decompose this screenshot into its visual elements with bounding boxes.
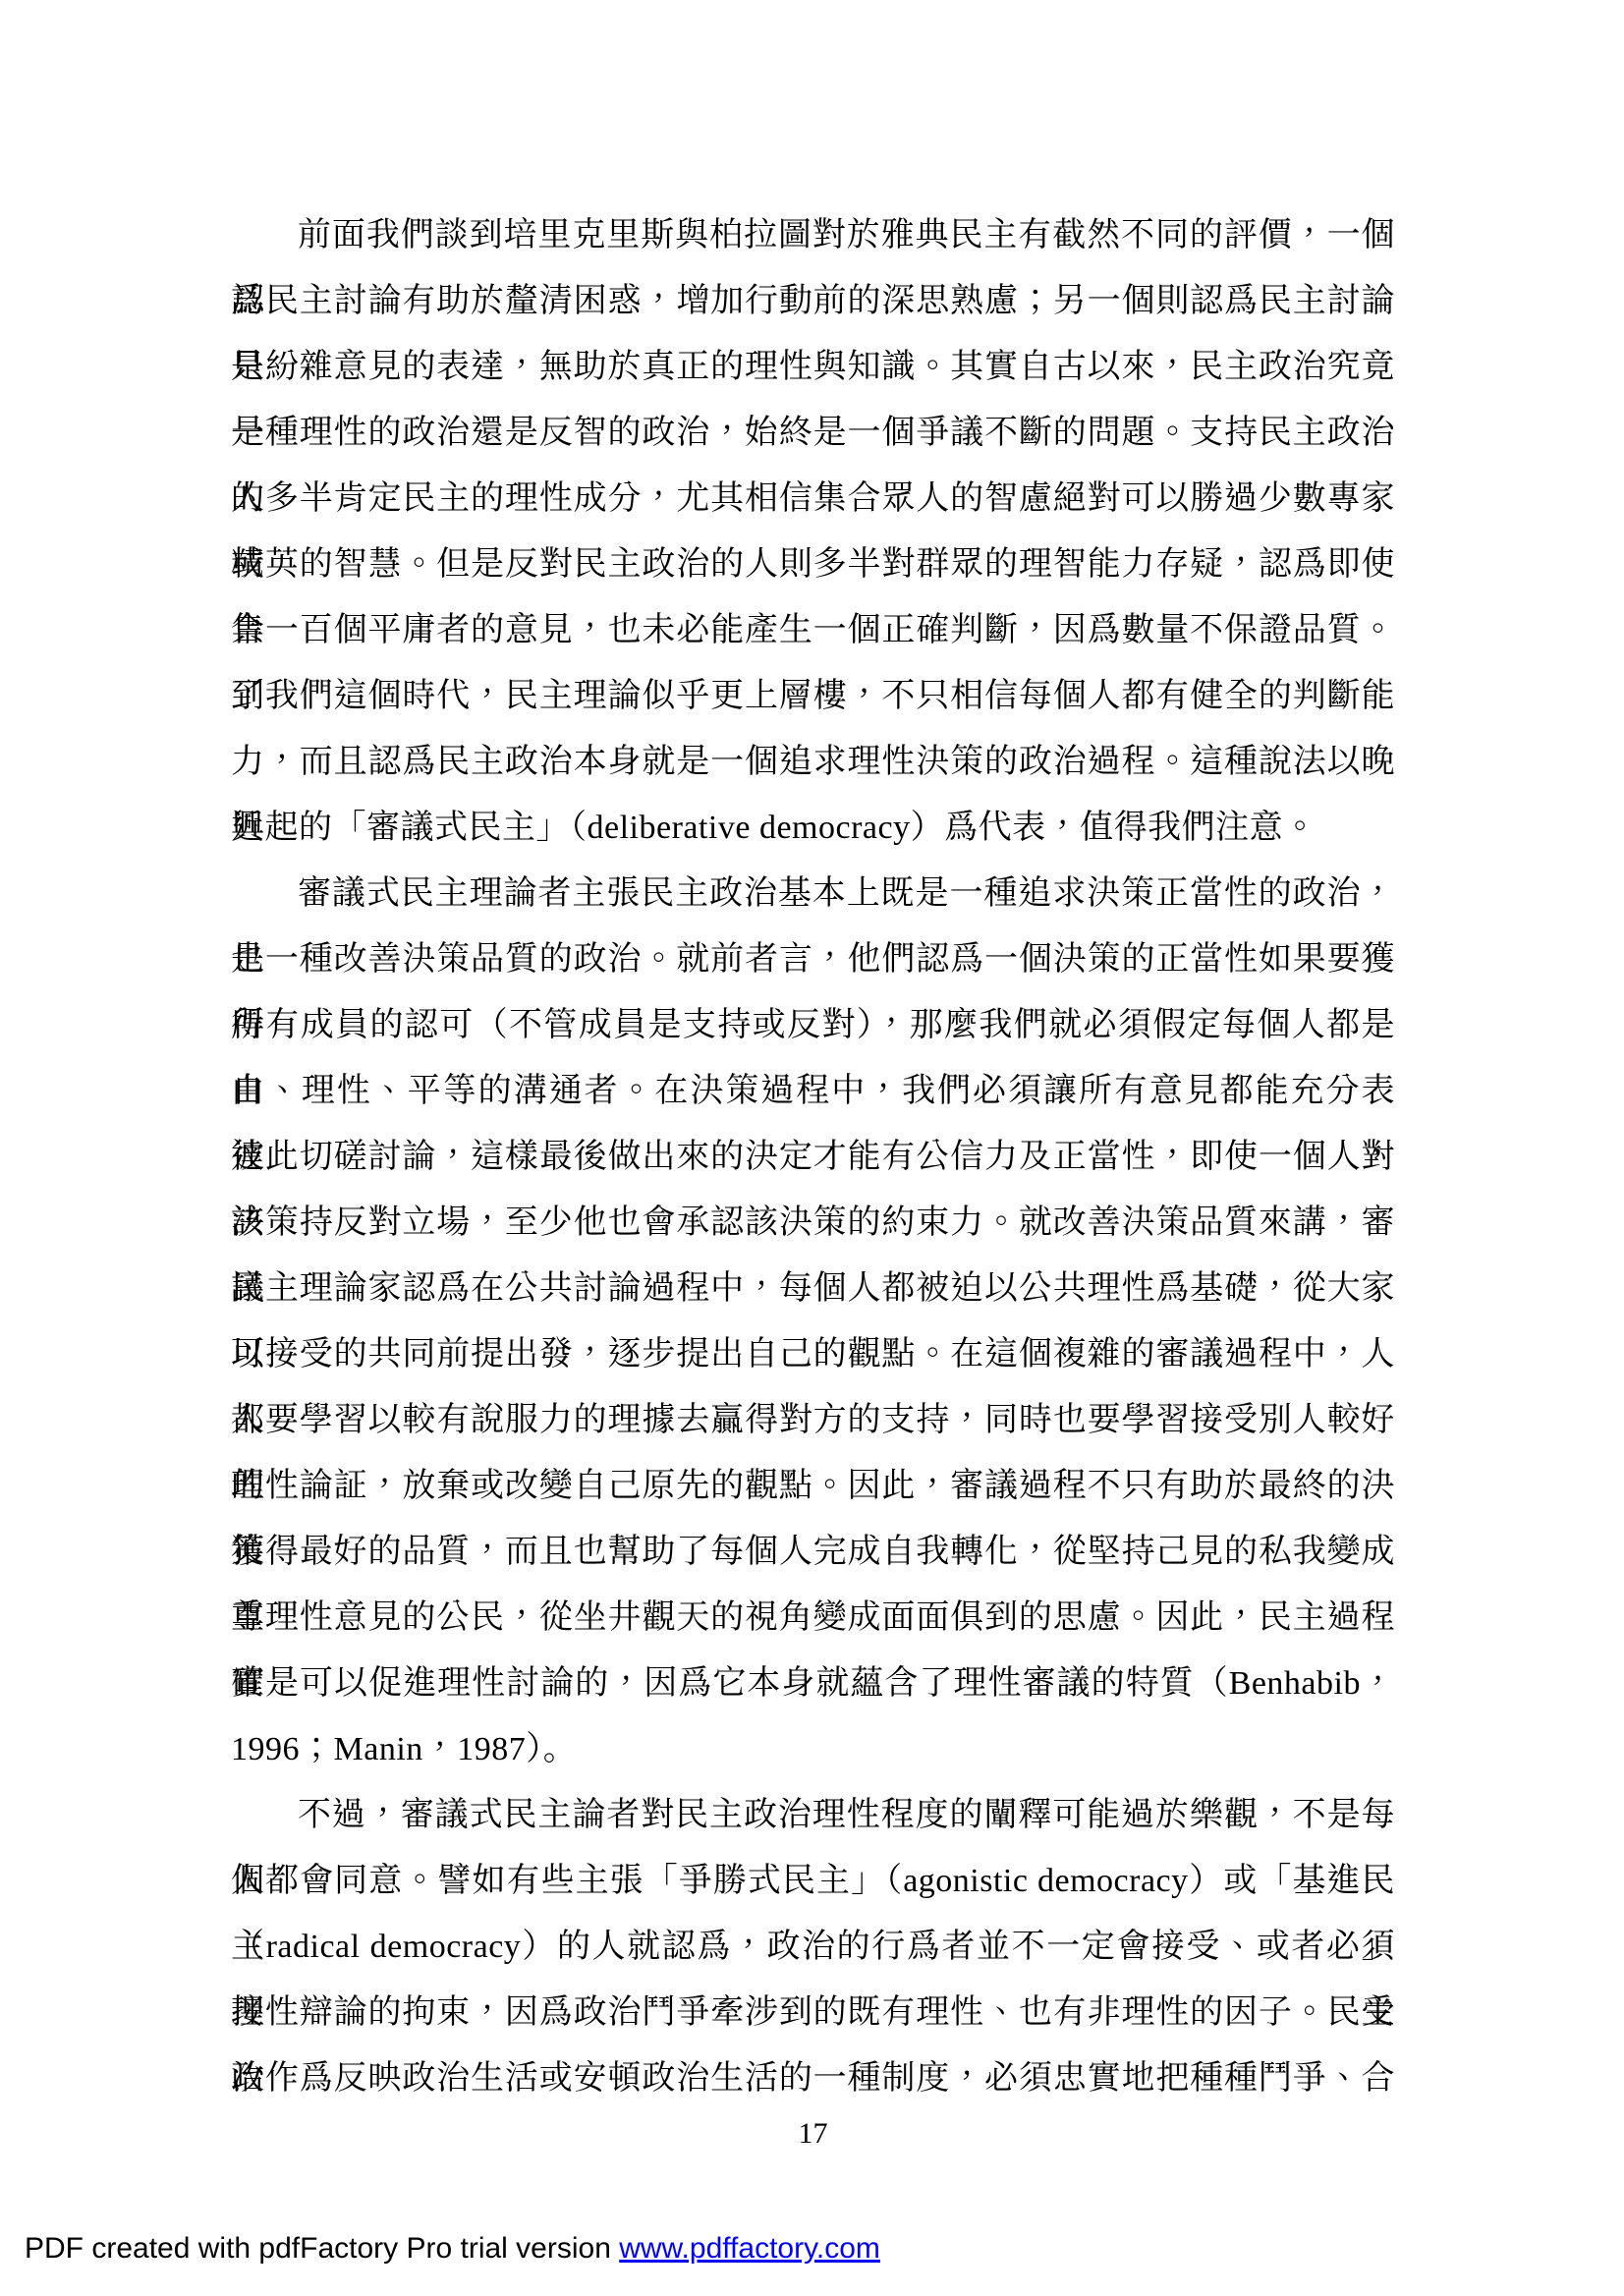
pdf-footer-text: PDF created with pdfFactory Pro trial ve…: [25, 2232, 619, 2265]
text-line: 彼此切磋討論，這樣最後做出來的決定才能有公信力及正當性，即使一個人對該: [231, 1124, 1395, 1190]
text-line: 由、理性、平等的溝通者。在決策過程中，我們必須讓所有意見都能充分表達，: [231, 1058, 1395, 1124]
text-line: 決策持反對立場，至少他也會承認該決策的約束力。就改善決策品質來講，審議: [231, 1190, 1395, 1256]
text-line: 是一種改善決策品質的政治。就前者言，他們認爲一個決策的正當性如果要獲得: [231, 926, 1395, 992]
text-line: 重理性意見的公民，從坐井觀天的視角變成面面俱到的思慮。因此，民主過程確: [231, 1585, 1395, 1651]
page-number: 17: [231, 2117, 1395, 2151]
text-line: 理性辯論的拘束，因爲政治鬥爭牽涉到的既有理性、也有非理性的因子。民主政: [231, 1980, 1395, 2045]
text-line: 實是可以促進理性討論的，因爲它本身就蘊含了理性審議的特質（Benhabib，: [231, 1651, 1395, 1716]
text-line: 一種理性的政治還是反智的政治，始終是一個爭議不斷的問題。支持民主政治的: [231, 400, 1395, 466]
text-line: 精英的智慧。但是反對民主政治的人則多半對群眾的理智能力存疑，認爲即使集: [231, 532, 1395, 597]
text-line: 前面我們談到培里克里斯與柏拉圖對於雅典民主有截然不同的評價，一個認: [231, 202, 1395, 268]
text-line: 合一百個平庸者的意見，也未必能產生一個正確判斷，因爲數量不保證品質。到: [231, 597, 1395, 663]
pdf-footer: PDF created with pdfFactory Pro trial ve…: [25, 2232, 880, 2266]
text-line: （radical democracy）的人就認爲，政治的行爲者並不一定會接受、或…: [231, 1914, 1395, 1980]
document-page: 前面我們談到培里克里斯與柏拉圖對於雅典民主有截然不同的評價，一個認爲民主討論有助…: [0, 0, 1624, 2296]
text-line: 是紛雜意見的表達，無助於真正的理性與知識。其實自古以來，民主政治究竟是: [231, 334, 1395, 400]
text-line: 人多半肯定民主的理性成分，尤其相信集合眾人的智慮絕對可以勝過少數專家或: [231, 466, 1395, 532]
text-line: 了我們這個時代，民主理論似乎更上層樓，不只相信每個人都有健全的判斷能: [231, 663, 1395, 729]
text-line: 興起的「審議式民主」（deliberative democracy）爲代表，值得…: [231, 795, 1395, 861]
text-line: 人都會同意。譬如有些主張「爭勝式民主」（agonistic democracy）…: [231, 1848, 1395, 1914]
text-line: 獲得最好的品質，而且也幫助了每個人完成自我轉化，從堅持己見的私我變成尊: [231, 1519, 1395, 1585]
text-line: 民主理論家認爲在公共討論過程中，每個人都被迫以公共理性爲基礎，從大家可: [231, 1256, 1395, 1321]
text-line: 所有成員的認可（不管成員是支持或反對），那麼我們就必須假定每個人都是自: [231, 992, 1395, 1058]
text-line: 都要學習以較有說服力的理據去贏得對方的支持，同時也要學習接受別人較好的: [231, 1387, 1395, 1453]
text-line: 審議式民主理論者主張民主政治基本上既是一種追求決策正當性的政治，也: [231, 861, 1395, 926]
text-line: 1996；Manin，1987）。: [231, 1716, 1395, 1782]
text-line: 以接受的共同前提出發，逐步提出自己的觀點。在這個複雜的審議過程中，人人: [231, 1321, 1395, 1387]
text-line: 力，而且認爲民主政治本身就是一個追求理性決策的政治過程。這種說法以晚近: [231, 729, 1395, 795]
text-line: 爲民主討論有助於釐清困惑，增加行動前的深思熟慮；另一個則認爲民主討論只: [231, 268, 1395, 334]
text-line: 理性論証，放棄或改變自己原先的觀點。因此，審議過程不只有助於最終的決策: [231, 1453, 1395, 1519]
pdffactory-link[interactable]: www.pdffactory.com: [619, 2232, 880, 2265]
text-block: 前面我們談到培里克里斯與柏拉圖對於雅典民主有截然不同的評價，一個認爲民主討論有助…: [231, 202, 1395, 2111]
text-line: 不過，審議式民主論者對民主政治理性程度的闡釋可能過於樂觀，不是每個: [231, 1782, 1395, 1848]
text-line: 治作爲反映政治生活或安頓政治生活的一種制度，必須忠實地把種種鬥爭、合: [231, 2045, 1395, 2111]
